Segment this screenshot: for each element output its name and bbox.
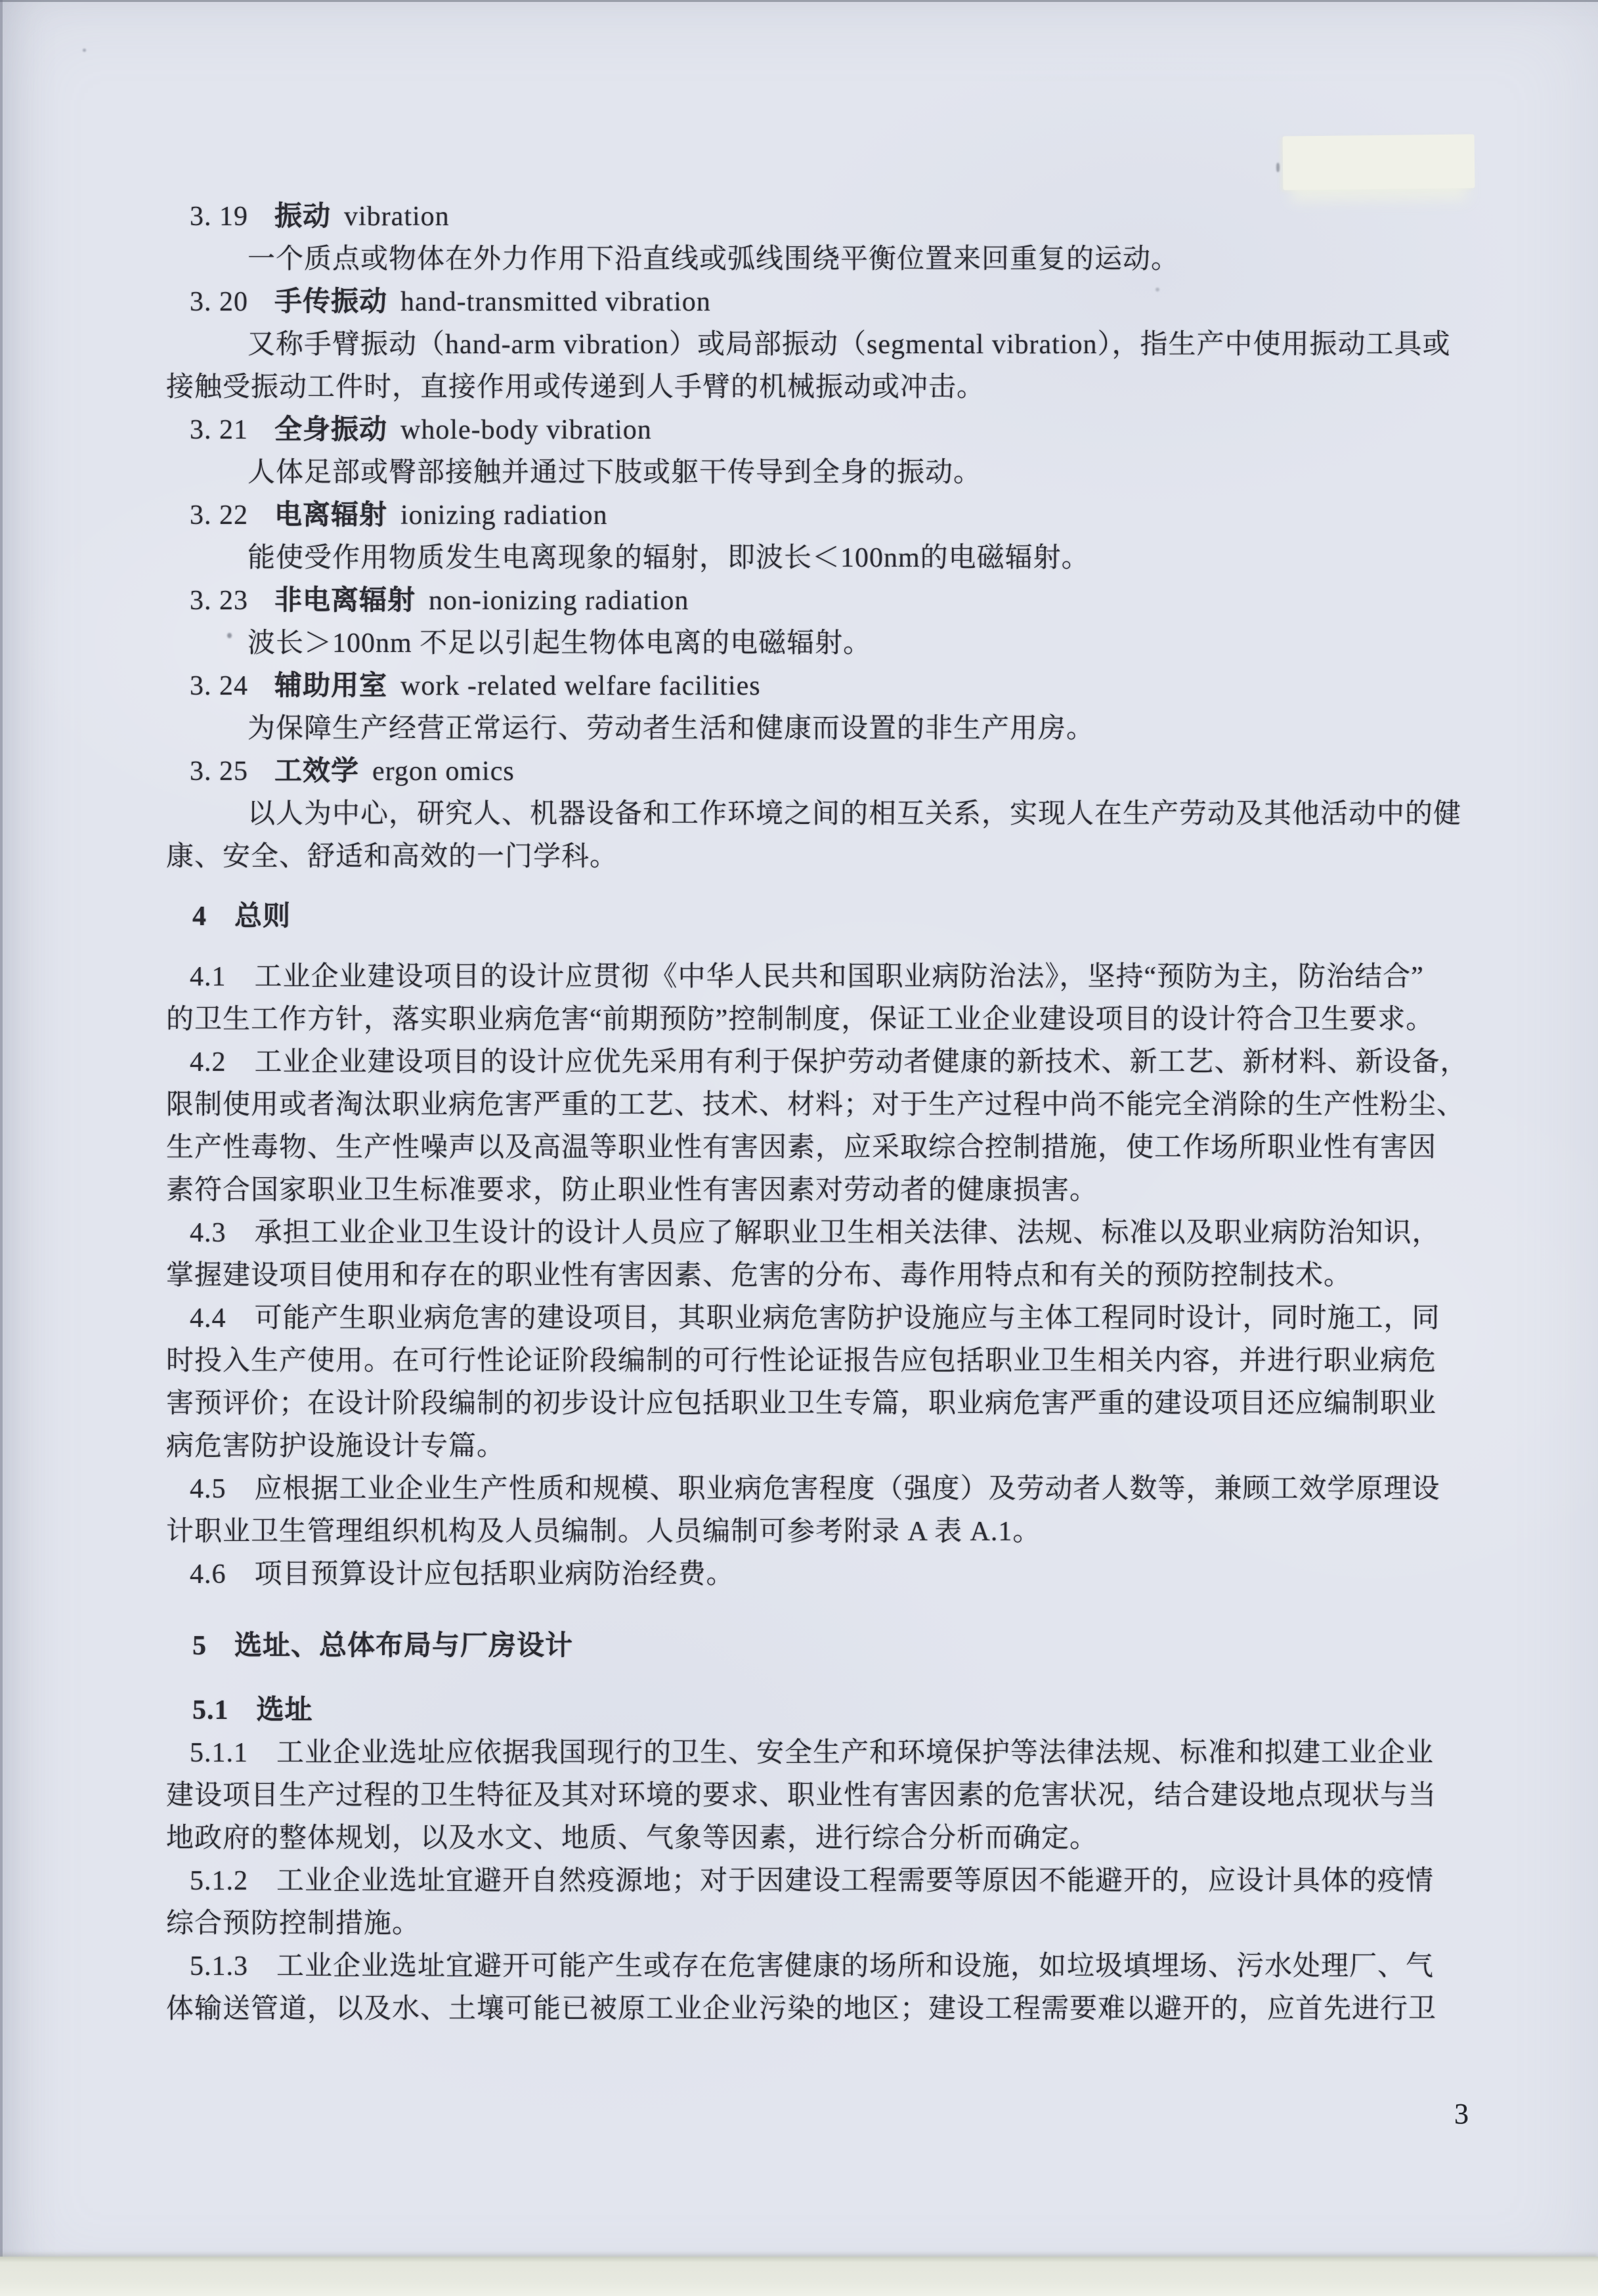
term-zh: 全身振动 xyxy=(274,415,387,445)
scanned-document-page: { "page": { "number": "3", "colors": { "… xyxy=(0,0,1598,2296)
document-body: 3. 19振动vibration一个质点或物体在外力作用下沿直线或弧线围绕平衡位… xyxy=(166,196,1446,2031)
section-heading: 5.1选址 xyxy=(166,1689,1446,1732)
term-definition-heading: 3. 25工效学ergon omics xyxy=(166,750,1446,793)
page-number: 3 xyxy=(1442,2096,1481,2133)
term-en: vibration xyxy=(344,202,450,232)
scan-edge-left xyxy=(0,0,3,2258)
paragraph-line: 人体足部或臀部接触并通过下肢或躯干传导到全身的振动。 xyxy=(166,452,1446,494)
paragraph-line: 一个质点或物体在外力作用下沿直线或弧线围绕平衡位置来回重复的运动。 xyxy=(166,238,1446,281)
paragraph-line: 4.6 项目预算设计应包括职业病防治经费。 xyxy=(166,1553,1446,1596)
scan-speck xyxy=(83,49,86,52)
paragraph-line: 接触受振动工件时，直接作用或传递到人手臂的机械振动或冲击。 xyxy=(166,366,1446,409)
term-zh: 振动 xyxy=(274,202,331,232)
term-definition-heading: 3. 23非电离辐射non-ionizing radiation xyxy=(166,580,1446,622)
paragraph-line: 限制使用或者淘汰职业病危害严重的工艺、技术、材料；对于生产过程中尚不能完全消除的… xyxy=(166,1084,1446,1127)
paragraph-line: 建设项目生产过程的卫生特征及其对环境的要求、职业性有害因素的危害状况，结合建设地… xyxy=(166,1775,1446,1817)
paragraph-line: 5.1.1 工业企业选址应依据我国现行的卫生、安全生产和环境保护等法律法规、标准… xyxy=(166,1732,1446,1775)
clause-number: 3. 22 xyxy=(190,500,248,531)
paragraph-line: 4.3 承担工业企业卫生设计的设计人员应了解职业卫生相关法律、法规、标准以及职业… xyxy=(166,1212,1446,1255)
term-en: whole-body vibration xyxy=(400,415,652,445)
section-number: 4 xyxy=(192,901,207,932)
scan-edge-top xyxy=(0,0,1598,2)
clause-number: 3. 20 xyxy=(190,287,248,317)
clause-number: 3. 19 xyxy=(190,202,248,232)
paragraph-line: 4.5 应根据工业企业生产性质和规模、职业病危害程度（强度）及劳动者人数等，兼顾… xyxy=(166,1468,1446,1511)
clause-number: 3. 23 xyxy=(190,586,248,616)
scan-speck xyxy=(1276,163,1280,172)
term-zh: 工效学 xyxy=(274,756,359,787)
paragraph-line: 时投入生产使用。在可行性论证阶段编制的可行性论证报告应包括职业卫生相关内容，并进… xyxy=(166,1340,1446,1383)
paragraph-line: 4.4 可能产生职业病危害的建设项目，其职业病危害防护设施应与主体工程同时设计，… xyxy=(166,1297,1446,1340)
paragraph-line: 地政府的整体规划，以及水文、地质、气象等因素，进行综合分析而确定。 xyxy=(166,1817,1446,1860)
paragraph-line: 5.1.3 工业企业选址宜避开可能产生或存在危害健康的场所和设施，如垃圾填埋场、… xyxy=(166,1945,1446,1988)
paragraph-line: 综合预防控制措施。 xyxy=(166,1903,1446,1945)
paragraph-line: 能使受作用物质发生电离现象的辐射，即波长＜100nm的电磁辐射。 xyxy=(166,537,1446,580)
paragraph-line: 素符合国家职业卫生标准要求，防止职业性有害因素对劳动者的健康损害。 xyxy=(166,1169,1446,1212)
section-number: 5.1 xyxy=(192,1695,229,1725)
whiteout-patch xyxy=(1283,134,1475,190)
paragraph-line: 掌握建设项目使用和存在的职业性有害因素、危害的分布、毒作用特点和有关的预防控制技… xyxy=(166,1255,1446,1297)
term-definition-heading: 3. 21全身振动whole-body vibration xyxy=(166,409,1446,452)
section-title: 选址、总体布局与厂房设计 xyxy=(234,1631,573,1661)
paragraph-line: 生产性毒物、生产性噪声以及高温等职业性有害因素，应采取综合控制措施，使工作场所职… xyxy=(166,1127,1446,1169)
term-definition-heading: 3. 24辅助用室work -related welfare facilitie… xyxy=(166,665,1446,708)
paragraph-line: 4.2 工业企业建设项目的设计应优先采用有利于保护劳动者健康的新技术、新工艺、新… xyxy=(166,1041,1446,1084)
paragraph-line: 病危害防护设施设计专篇。 xyxy=(166,1425,1446,1468)
paragraph-line: 康、安全、舒适和高效的一门学科。 xyxy=(166,836,1446,878)
section-heading: 4总则 xyxy=(166,896,1446,938)
paragraph-line: 以人为中心，研究人、机器设备和工作环境之间的相互关系，实现人在生产劳动及其他活动… xyxy=(166,793,1446,836)
term-en: ergon omics xyxy=(372,756,515,787)
term-en: work -related welfare facilities xyxy=(400,671,761,701)
term-zh: 辅助用室 xyxy=(274,671,387,701)
paper-background: 3. 19振动vibration一个质点或物体在外力作用下沿直线或弧线围绕平衡位… xyxy=(0,0,1598,2296)
paragraph-line: 计职业卫生管理组织机构及人员编制。人员编制可参考附录 A 表 A.1。 xyxy=(166,1511,1446,1553)
paragraph-line: 的卫生工作方针，落实职业病危害“前期预防”控制制度，保证工业企业建设项目的设计符… xyxy=(166,999,1446,1041)
section-number: 5 xyxy=(192,1631,207,1661)
term-en: non-ionizing radiation xyxy=(429,586,689,616)
clause-number: 3. 24 xyxy=(190,671,248,701)
scan-bottom-strip xyxy=(0,2257,1598,2296)
paragraph-line: 5.1.2 工业企业选址宜避开自然疫源地；对于因建设工程需要等原因不能避开的，应… xyxy=(166,1860,1446,1903)
clause-number: 3. 21 xyxy=(190,415,248,445)
term-definition-heading: 3. 19振动vibration xyxy=(166,196,1446,238)
paragraph-line: 4.1 工业企业建设项目的设计应贯彻《中华人民共和国职业病防治法》，坚持“预防为… xyxy=(166,956,1446,999)
section-title: 选址 xyxy=(257,1695,313,1725)
paragraph-line: 又称手臂振动（hand-arm vibration）或局部振动（segmenta… xyxy=(166,324,1446,366)
term-definition-heading: 3. 22电离辐射ionizing radiation xyxy=(166,494,1446,537)
clause-number: 3. 25 xyxy=(190,756,248,787)
section-title: 总则 xyxy=(234,901,291,932)
term-definition-heading: 3. 20手传振动hand-transmitted vibration xyxy=(166,281,1446,324)
paragraph-line: 波长＞100nm 不足以引起生物体电离的电磁辐射。 xyxy=(166,622,1446,665)
paragraph-line: 体输送管道，以及水、土壤可能已被原工业企业污染的地区；建设工程需要难以避开的，应… xyxy=(166,1988,1446,2031)
term-zh: 非电离辐射 xyxy=(274,586,416,616)
paragraph-line: 为保障生产经营正常运行、劳动者生活和健康而设置的非生产用房。 xyxy=(166,708,1446,750)
term-en: hand-transmitted vibration xyxy=(400,287,711,317)
paragraph-line: 害预评价；在设计阶段编制的初步设计应包括职业卫生专篇，职业病危害严重的建设项目还… xyxy=(166,1383,1446,1425)
term-zh: 电离辐射 xyxy=(274,500,387,531)
section-heading: 5选址、总体布局与厂房设计 xyxy=(166,1625,1446,1668)
term-en: ionizing radiation xyxy=(400,500,607,531)
term-zh: 手传振动 xyxy=(274,287,387,317)
